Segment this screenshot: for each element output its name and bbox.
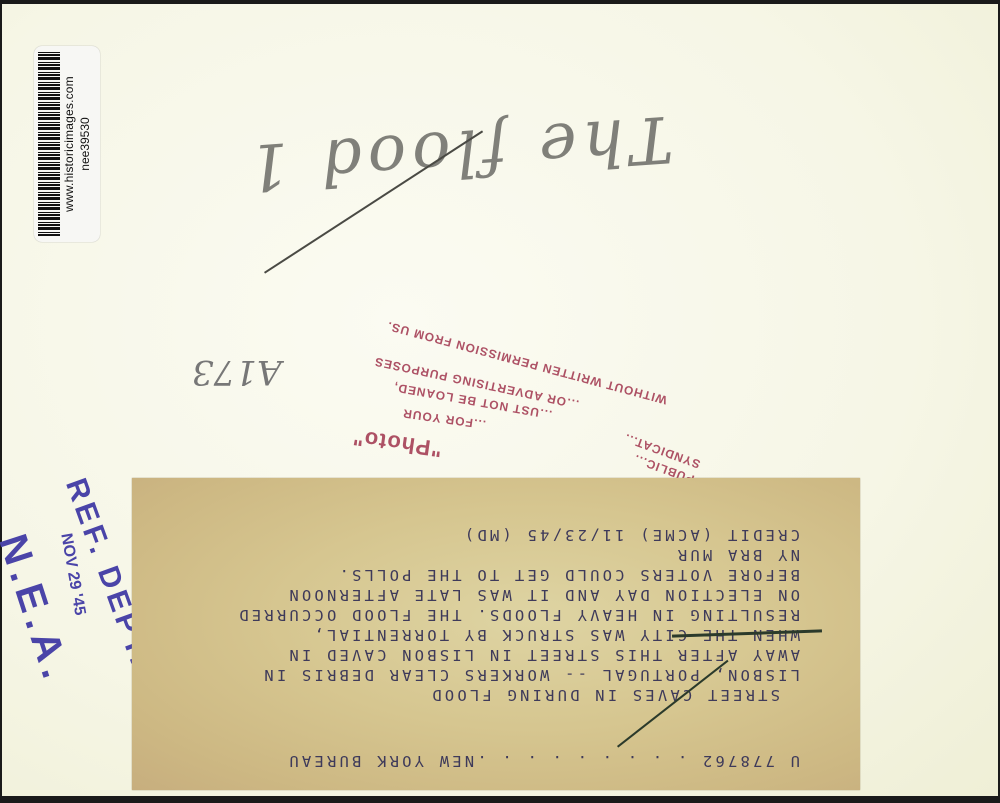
caption-line: BEFORE VOTERS COULD GET TO THE POLLS. xyxy=(336,566,800,584)
barcode-icon xyxy=(38,52,60,236)
photo-back-surface: www.historicimages.com nee39530 The floo… xyxy=(2,4,998,796)
caption-header: U 778762 . . . . . . . . .NEW YORK BUREA… xyxy=(286,752,800,770)
stamp-line: ...FOR YOUR xyxy=(401,406,486,432)
barcode-id: nee39530 xyxy=(78,52,92,236)
stamp-line: "Photo" xyxy=(351,424,444,462)
caption-credit: CREDIT (ACME) 11/23/45 (MD) xyxy=(462,526,800,544)
caption-bureau-code: NY BRA MUR xyxy=(675,546,800,564)
barcode-url: www.historicimages.com xyxy=(62,52,76,236)
caption-line: AWAY AFTER THIS STREET IN LISBON CAVED I… xyxy=(286,646,800,664)
caption-line: ON ELECTION DAY AND IT WAS LATE AFTERNOO… xyxy=(286,586,800,604)
handwritten-mark: A173 xyxy=(192,352,281,392)
caption-slip: U 778762 . . . . . . . . .NEW YORK BUREA… xyxy=(132,478,860,790)
barcode-label: www.historicimages.com nee39530 xyxy=(34,46,100,242)
caption-line: RESULTING IN HEAVY FLOODS. THE FLOOD OCC… xyxy=(236,606,800,624)
copyright-stamp: WITHOUT WRITTEN PERMISSION FROM US. ...O… xyxy=(342,344,702,494)
caption-headline: STREET CAVES IN DURING FLOOD xyxy=(429,686,780,704)
